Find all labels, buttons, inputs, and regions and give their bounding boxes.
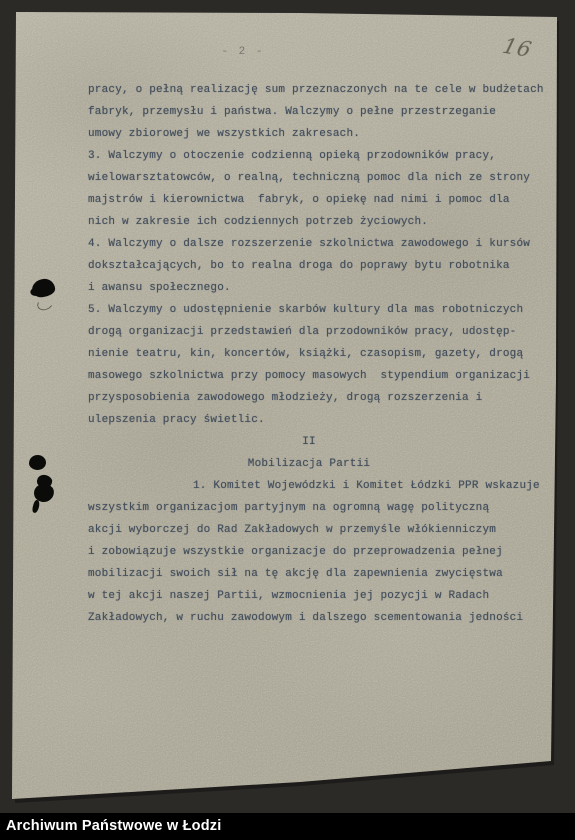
text-line: i awansu społecznego.	[88, 277, 530, 299]
text-line: 5. Walczymy o udostępnienie skarbów kult…	[88, 299, 530, 321]
ink-stain-dot	[29, 455, 46, 470]
text-line: dokształcających, bo to realna droga do …	[88, 255, 530, 277]
text-line: majstrów i kierownictwa fabryk, o opiekę…	[88, 189, 530, 211]
text-line: przysposobienia zawodowego młodzieży, dr…	[88, 387, 530, 409]
text-line: umowy zbiorowej we wszystkich zakresach.	[88, 123, 530, 145]
page-number: - 2 -	[88, 46, 398, 58]
text-line: wielowarsztatowców, o realną, techniczną…	[88, 167, 530, 189]
text-line: i zobowiązuje wszystkie organizacje do p…	[88, 541, 530, 563]
text-line: akcji wyborczej do Rad Zakładowych w prz…	[88, 519, 530, 541]
text-line: 3. Walczymy o otoczenie codzienną opieką…	[88, 145, 530, 167]
text-line: w tej akcji naszej Partii, wzmocnienia j…	[88, 585, 530, 607]
text-line: 4. Walczymy o dalsze rozszerzenie szkoln…	[88, 233, 530, 255]
ink-stain-ring	[35, 296, 54, 313]
text-line: masowego szkolnictwa przy pomocy masowyc…	[88, 365, 530, 387]
scanned-document-view: - 2 - 16 pracy, o pełną realizację sum p…	[0, 0, 575, 840]
text-line: 1. Komitet Wojewódzki i Komitet Łódzki P…	[88, 475, 530, 497]
text-line: Mobilizacja Partii	[88, 453, 530, 475]
ink-stain-tail	[31, 499, 40, 513]
text-line: Zakładowych, w ruchu zawodowym i dalszeg…	[88, 607, 530, 629]
archive-watermark-bar: Archiwum Państwowe w Łodzi	[0, 813, 575, 840]
text-line: II	[88, 431, 530, 453]
typewritten-text: pracy, o pełną realizację sum przeznaczo…	[88, 79, 530, 629]
text-line: pracy, o pełną realizację sum przeznaczo…	[88, 79, 530, 101]
archive-name-label: Archiwum Państwowe w Łodzi	[0, 813, 575, 840]
text-line: mobilizacji swoich sił na tę akcję dla z…	[88, 563, 530, 585]
text-line: nich w zakresie ich codziennych potrzeb …	[88, 211, 530, 233]
handwritten-folio-number: 16	[500, 34, 535, 62]
text-line: nienie teatru, kin, koncertów, książki, …	[88, 343, 530, 365]
text-line: drogą organizacji przedstawień dla przod…	[88, 321, 530, 343]
text-line: fabryk, przemysłu i państwa. Walczymy o …	[88, 101, 530, 123]
text-line: wszystkim organizacjom partyjnym na ogro…	[88, 497, 530, 519]
document-page: - 2 - 16 pracy, o pełną realizację sum p…	[0, 0, 575, 812]
ink-stain-top	[31, 278, 56, 298]
text-line: ulepszenia pracy świetlic.	[88, 409, 530, 431]
